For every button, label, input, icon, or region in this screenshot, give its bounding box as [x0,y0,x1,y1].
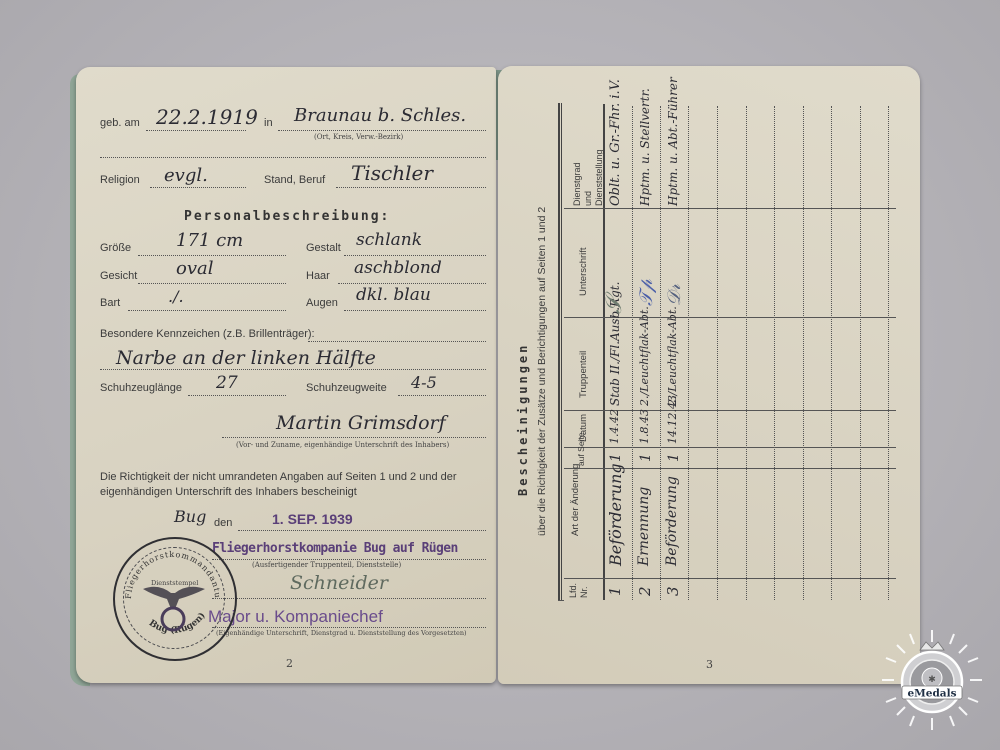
row-line [632,106,633,600]
shoe-length-label: Schuhzeuglänge [100,382,182,394]
table-border [561,103,562,601]
medal-badge-icon: ✱ eMedals [880,628,984,732]
build-label: Gestalt [306,242,341,254]
official-stamp: Fliegerhorstkommandantur Bug (Rügen) Die… [113,537,237,661]
column-separator [558,600,564,601]
unit-stamp: Fliegerhorstkompanie Bug auf Rügen [212,541,458,556]
dotted-line [100,369,486,370]
row2-truppenteil: 2./Leuchtflak-Abt. [638,306,651,406]
row2-art: Ernennung [636,487,652,566]
eagle-icon: Fliegerhorstkommandantur Bug (Rügen) [113,537,233,657]
dotted-line [128,310,286,311]
face-label: Gesicht [100,270,137,282]
page-number: 3 [706,658,713,671]
page-number: 2 [286,657,293,670]
dotted-line [338,283,486,284]
row2-nr: 2 [636,586,654,596]
dotted-line [138,255,286,256]
row-line [860,106,861,600]
holder-signature: Martin Grimsdorf [276,412,446,434]
dotted-line [138,283,286,284]
dotted-line [344,310,486,311]
place-handwritten: Bug [174,507,206,526]
dotted-line [398,395,486,396]
stamp-center-text: Dienststempel [151,579,198,587]
place-value: Braunau b. Schles. [294,105,466,126]
row-line [774,106,775,600]
header-dienstgrad: Dienstgrad und Dienststellung [572,146,605,206]
row-line [660,106,661,600]
dotted-line [100,157,486,158]
marks-value: Narbe an der linken Hälfte [116,347,376,369]
eyes-label: Augen [306,297,338,309]
dotted-line [344,255,486,256]
place-label: in [264,117,273,129]
date-label: den [214,517,232,529]
svg-text:Fliegerhorstkommandantur: Fliegerhorstkommandantur [113,537,222,599]
row1-art: Beförderung [606,463,625,566]
dotted-line [308,341,486,342]
height-value: 171 cm [176,230,243,251]
dotted-line [238,530,486,531]
date-stamp: 1. SEP. 1939 [272,511,353,527]
dotted-line [212,559,486,560]
shoe-length-value: 27 [216,373,238,393]
religion-value: evgl. [164,165,208,186]
row3-unterschrift: 𝒟𝓇 [664,284,685,306]
row2-seite: 1 [638,453,654,462]
row1-unterschrift: 𝒮 [602,297,627,314]
rank-hint: (Eigenhändige Unterschrift, Dienstgrad u… [216,629,467,637]
row3-nr: 3 [664,586,682,596]
svg-text:✱: ✱ [928,675,936,685]
occupation-label: Stand, Beruf [264,174,325,186]
svg-text:Bug (Rügen): Bug (Rügen) [147,610,208,636]
hair-value: aschblond [354,258,442,278]
header-truppenteil: Truppenteil [578,351,589,398]
religion-label: Religion [100,174,140,186]
holder-signature-hint: (Vor- und Zuname, eigenhändige Unterschr… [236,441,449,449]
born-label: geb. am [100,117,140,129]
shoe-width-value: 4-5 [411,373,437,392]
officer-signature: Schneider [290,572,388,594]
row-line [688,106,689,600]
right-page: Bescheinigungen über die Richtigkeit der… [498,66,920,684]
height-label: Größe [100,242,131,254]
row1-datum: 1.4.42 [608,409,621,444]
dotted-line [212,598,486,599]
beard-label: Bart [100,297,120,309]
row-line [803,106,804,600]
build-value: schlank [356,230,422,250]
row1-nr: 1 [606,586,624,596]
dotted-line [188,395,286,396]
row3-dienstgrad: Hptm. u. Abt.-Führer [666,77,680,206]
row-line [831,106,832,600]
header-unterschrift: Unterschrift [578,247,589,296]
dotted-line [336,187,486,188]
row3-truppenteil: 2./Leuchtflak-Abt. [666,306,679,406]
header-art: Art der Änderung [570,464,581,536]
svg-text:eMedals: eMedals [907,688,956,700]
row3-seite: 1 [666,453,682,462]
row-line [717,106,718,600]
marks-label: Besondere Kennzeichen (z.B. Brillenträge… [100,328,315,340]
column-separator [564,208,896,209]
column-separator [564,447,896,448]
row2-dienstgrad: Hptm. u. Stellvertr. [638,88,652,206]
born-value: 22.2.1919 [156,105,258,129]
shoe-width-label: Schuhzeugweite [306,382,387,394]
dotted-line [150,187,246,188]
emedals-watermark-logo: ✱ eMedals [880,628,984,732]
unit-hint: (Ausfertigender Truppenteil, Dienststell… [252,561,401,569]
dotted-line [212,627,486,628]
certification-text: Die Richtigkeit der nicht umrandeten Ang… [100,470,490,500]
header-lfd-nr: Lfd. Nr. [568,578,590,598]
section-title: Personalbeschreibung: [184,209,390,224]
row-line [746,106,747,600]
row3-art: Beförderung [664,476,680,566]
dotted-line [222,437,486,438]
row1-seite: 1 [608,453,624,462]
table-border [558,103,560,601]
face-value: oval [176,258,214,279]
page-title: Bescheinigungen [516,343,530,496]
hair-label: Haar [306,270,330,282]
eyes-value: dkl. blau [356,285,431,305]
row2-unterschrift: 𝒯𝓅 [636,279,657,306]
occupation-value: Tischler [351,161,433,185]
place-hint: (Ort, Kreis, Verw.-Bezirk) [314,133,403,141]
dotted-line [146,130,246,131]
beard-value: ./. [168,287,184,306]
dotted-line [278,130,486,131]
page-subtitle: über die Richtigkeit der Zusätze und Ber… [536,207,548,536]
row1-dienstgrad: Oblt. u. Gr.-Fhr. i.V. [608,79,623,206]
column-separator [564,578,896,579]
row2-datum: 1.8.43 [638,409,651,444]
row-line [888,106,889,600]
header-datum: Datum [578,414,589,442]
